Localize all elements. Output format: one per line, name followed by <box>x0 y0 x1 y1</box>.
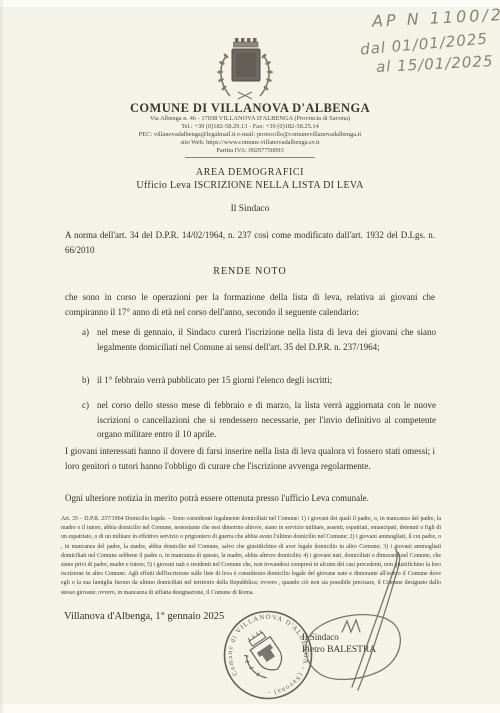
info-paragraph: Ogni ulteriore notizia in merito potrà e… <box>65 491 435 506</box>
scan-edge-top <box>0 0 500 7</box>
list-item-c-label: c) <box>82 398 97 442</box>
legal-premise-paragraph: A norma dell'art. 34 del D.P.R. 14/02/19… <box>65 228 435 257</box>
header-website: sito Web: https://www.comune.villanovada… <box>0 139 500 147</box>
municipal-crest-icon <box>214 36 276 102</box>
list-item-c: c) nel corso dello stesso mese di febbra… <box>82 398 436 442</box>
header-address: Via Albenga n. 46 - 17038 VILLANOVA D'AL… <box>0 115 500 123</box>
header-vat: Partita IVA: 00297750093 <box>0 147 500 155</box>
list-item-b: b) il 1° febbraio verrà pubblicato per 1… <box>82 373 436 388</box>
office-title-line2: Ufficio Leva ISCRIZIONE NELLA LISTA DI L… <box>0 180 500 191</box>
header-divider <box>185 157 315 158</box>
municipality-name: COMUNE DI VILLANOVA D'ALBENGA <box>0 101 500 116</box>
handwritten-protocol-number: AP N 1100/20 <box>372 6 500 30</box>
duty-paragraph: I giovani interessati hanno il dovere di… <box>65 444 435 473</box>
list-item-b-label: b) <box>82 373 97 388</box>
handwritten-signature-icon <box>298 540 488 710</box>
list-item-c-text: nel corso dello stesso mese di febbraio … <box>97 398 436 442</box>
header-pec-email: PEC: villanovadalbenga@legalmail.it e-ma… <box>0 131 500 139</box>
announcement-heading: RENDE NOTO <box>0 266 500 277</box>
handwritten-date-to: al 15/01/2025 <box>376 54 494 75</box>
issuer-title: Il Sindaco <box>0 204 500 214</box>
list-item-a: a) nel mese di gennaio, il Sindaco curer… <box>82 325 436 354</box>
list-item-a-text: nel mese di gennaio, il Sindaco curerà l… <box>97 325 436 354</box>
intro-paragraph: che sono in corso le operazioni per la f… <box>65 290 435 319</box>
place-date-line: Villanova d'Albenga, 1° gennaio 2025 <box>64 611 224 622</box>
office-title-line1: AREA DEMOGRAFICI <box>0 167 500 178</box>
list-item-b-text: il 1° febbraio verrà pubblicato per 15 g… <box>97 373 436 388</box>
header-phone-fax: Tel.: +39 (0)182-58.29.13 - Fax: +39 (0)… <box>0 123 500 131</box>
list-item-a-label: a) <box>82 325 97 354</box>
header-contact-block: Via Albenga n. 46 - 17038 VILLANOVA D'AL… <box>0 115 500 155</box>
